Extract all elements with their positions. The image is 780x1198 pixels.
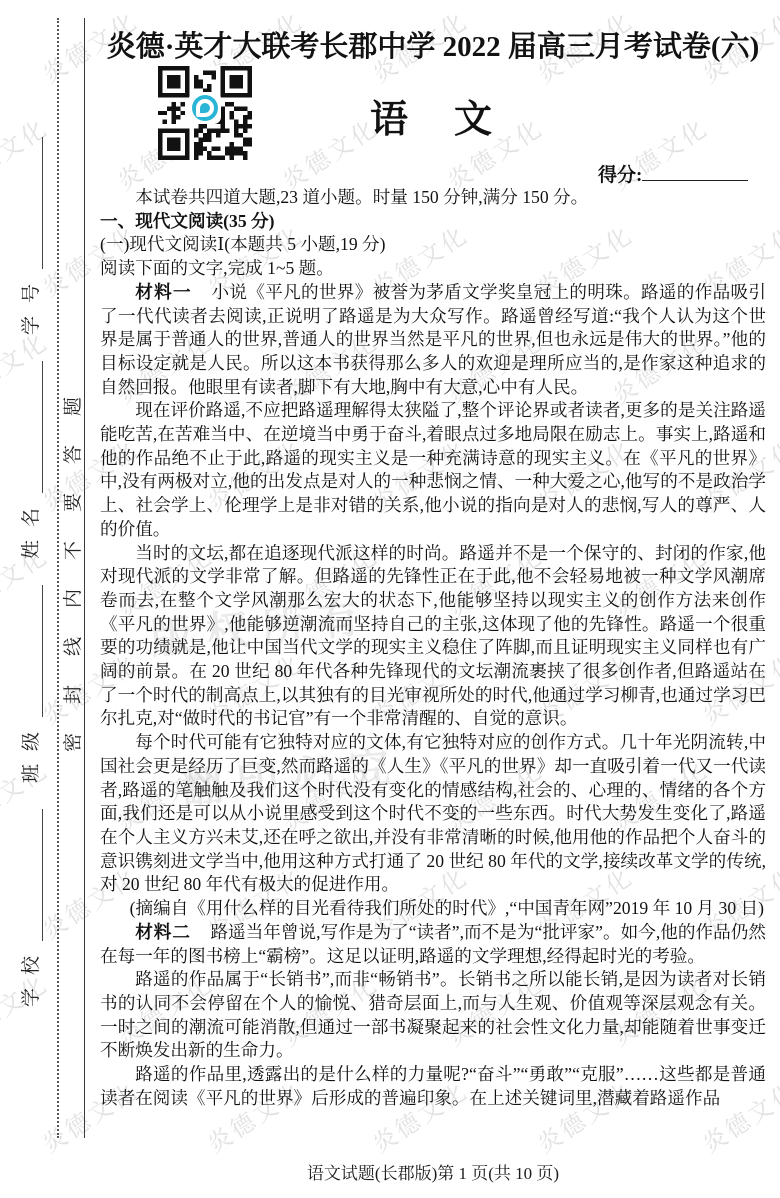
watermark-text: 炎德文化 [769,108,780,196]
name-blank-line [38,361,43,493]
score-label: 得分: [598,165,642,186]
material1-source: (摘编自《用什么样的目光看待我们所处的时代》,“中国青年网”2019 年 10 … [100,897,766,921]
class-label: 班级 [16,719,43,783]
material1-paragraph-1: 材料一小说《平凡的世界》被誉为茅盾文学奖皇冠上的明珠。路遥的作品吸引了一代代读者… [100,281,766,400]
material2-paragraph-3: 路遥的作品里,透露出的是什么样的力量呢?“奋斗”“勇敢”“克服”……这些都是普通… [100,1063,766,1110]
watermark-text: 炎德文化 [769,750,780,838]
watermark-text: 炎德文化 [769,964,780,1052]
material1-paragraph-3: 当时的文坛,都在追逐现代派这样的时尚。路遥并不是一个保守的、封闭的作家,他对现代… [100,542,766,732]
material2-paragraph-2: 路遥的作品属于“长销书”,而非“畅销书”。长销书之所以能长销,是因为读者对长销书… [100,968,766,1063]
material1-paragraph-2: 现在评价路遥,不应把路遥理解得太狭隘了,整个评论界或者读者,更多的是关注路遥能吃… [100,399,766,541]
seal-solid-line [84,18,85,1138]
watermark-text: 炎德文化 [769,322,780,410]
school-label: 学校 [16,943,43,1007]
seal-text: 密封线内不要答题 [58,360,82,760]
student-no-field: 学号 [16,137,43,335]
name-label: 姓名 [16,495,43,559]
exam-page: 版权所有 翻印必究 炎德文化炎德文化炎德文化炎德文化炎德文化炎德文化炎德文化炎德… [0,0,780,1198]
exam-body: 本试卷共四道大题,23 道小题。时量 150 分钟,满分 150 分。 一、现代… [100,186,766,1110]
section1-heading: 一、现代文阅读(35 分) [100,210,766,234]
school-field: 学校 [16,809,43,1007]
paper-title: 炎德·英才大联考长郡中学 2022 届高三月考试卷(六) [94,24,772,65]
score-field: 得分: [598,160,748,187]
section1-subheading: (一)现代文阅读Ⅰ(本题共 5 小题,19 分) [100,233,766,257]
school-blank-line [38,809,43,941]
student-no-label: 学号 [16,271,43,335]
score-blank-line [642,163,748,181]
exam-intro: 本试卷共四道大题,23 道小题。时量 150 分钟,满分 150 分。 [100,186,766,210]
watermark-text: 炎德文化 [769,536,780,624]
class-field: 班级 [16,585,43,783]
page-footer: 语文试题(长郡版)第 1 页(共 10 页) [100,1159,766,1184]
subject-title: 语 文 [100,88,766,143]
material2-label: 材料二 [135,922,191,942]
name-field: 姓名 [16,361,43,559]
main-content: 炎德·英才大联考长郡中学 2022 届高三月考试卷(六) 语 文 得分: 本试卷… [100,0,766,1198]
material2-paragraph-1: 材料二路遥当年曾说,写作是为了“读者”,而不是为“批评家”。如今,他的作品仍然在… [100,921,766,968]
student-info-fields: 学校 班级 姓名 学号 [17,137,43,1007]
material1-paragraph-4: 每个时代可能有它独特对应的文体,有它独特对应的创作方式。几十年光阴流转,中国社会… [100,731,766,897]
student-no-blank-line [38,137,43,269]
class-blank-line [38,585,43,717]
material1-label: 材料一 [135,282,192,302]
section1-instruction: 阅读下面的文字,完成 1~5 题。 [100,257,766,281]
